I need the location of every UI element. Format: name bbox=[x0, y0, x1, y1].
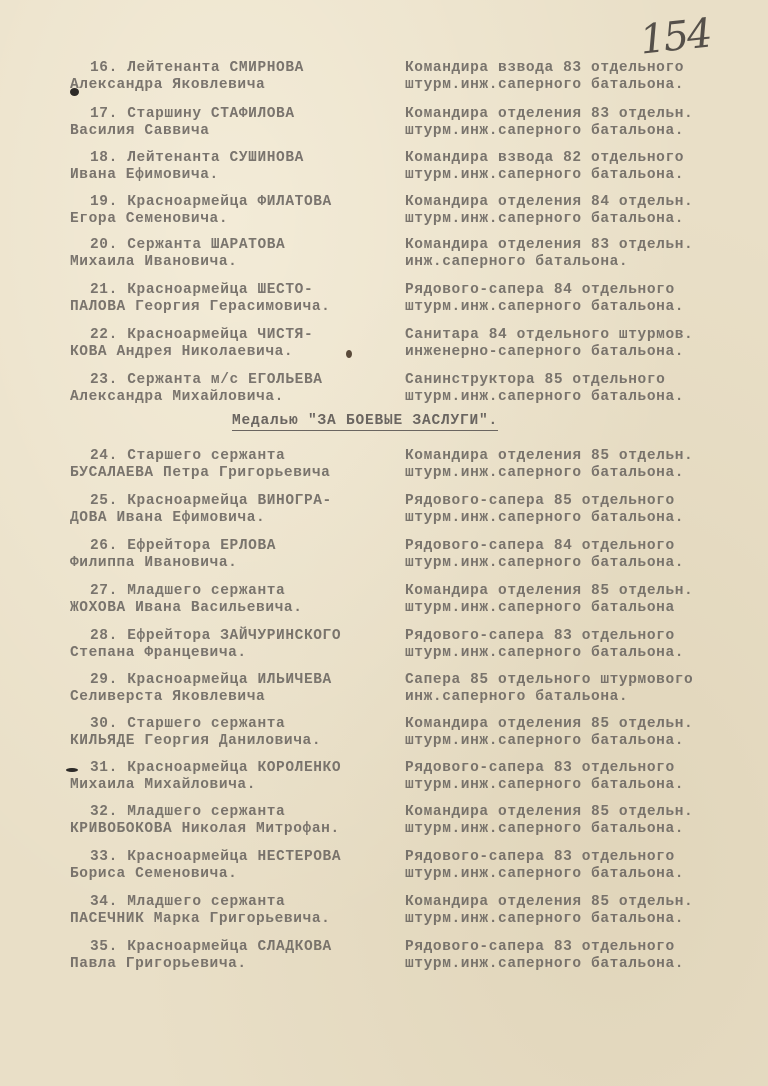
recipient-name: 24. Старшего сержанта БУСАЛАЕВА Петра Гр… bbox=[70, 448, 400, 482]
entry-number: 17. bbox=[90, 106, 118, 122]
entry-number: 28. bbox=[90, 628, 118, 644]
recipient-name: 23. Сержанта м/с ЕГОЛЬЕВА Александра Мих… bbox=[70, 372, 400, 406]
recipient-name: 28. Ефрейтора ЗАЙЧУРИНСКОГО Степана Фран… bbox=[70, 628, 400, 662]
entry-number: 21. bbox=[90, 282, 118, 298]
recipient-name: 21. Красноармейца ШЕСТО- ПАЛОВА Георгия … bbox=[70, 282, 400, 316]
recipient-unit: Командира отделения 85 отдельн. штурм.ин… bbox=[405, 448, 745, 482]
recipient-name: 29. Красноармейца ИЛЬИЧЕВА Селиверста Як… bbox=[70, 672, 400, 706]
award-entry: 34. Младшего сержанта ПАСЕЧНИК Марка Гри… bbox=[0, 894, 768, 934]
recipient-name: 16. Лейтенанта СМИРНОВА Александра Яковл… bbox=[70, 60, 400, 94]
recipient-unit: Рядового-сапера 84 отдельного штурм.инж.… bbox=[405, 538, 745, 572]
entry-number: 16. bbox=[90, 60, 118, 76]
entry-number: 35. bbox=[90, 939, 118, 955]
award-entry: 17. Старшину СТАФИЛОВА Василия Саввича К… bbox=[0, 106, 768, 146]
recipient-unit: Командира отделения 83 отдельн. инж.сапе… bbox=[405, 237, 745, 271]
award-entry: 32. Младшего сержанта КРИВОБОКОВА Никола… bbox=[0, 804, 768, 844]
entry-number: 23. bbox=[90, 372, 118, 388]
recipient-unit: Рядового-сапера 83 отдельного штурм.инж.… bbox=[405, 849, 745, 883]
recipient-name: 32. Младшего сержанта КРИВОБОКОВА Никола… bbox=[70, 804, 400, 838]
entry-number: 19. bbox=[90, 194, 118, 210]
recipient-name: 27. Младшего сержанта ЖОХОВА Ивана Васил… bbox=[70, 583, 400, 617]
recipient-unit: Рядового-сапера 85 отдельного штурм.инж.… bbox=[405, 493, 745, 527]
award-entry: 35. Красноармейца СЛАДКОВА Павла Григорь… bbox=[0, 939, 768, 979]
recipient-unit: Командира взвода 83 отдельного штурм.инж… bbox=[405, 60, 745, 94]
recipient-unit: Командира отделения 85 отдельн. штурм.ин… bbox=[405, 716, 745, 750]
recipient-unit: Командира взвода 82 отдельного штурм.инж… bbox=[405, 150, 745, 184]
recipient-unit: Рядового-сапера 83 отдельного штурм.инж.… bbox=[405, 628, 745, 662]
entry-number: 31. bbox=[90, 760, 118, 776]
award-entry: 25. Красноармейца ВИНОГРА- ДОВА Ивана Еф… bbox=[0, 493, 768, 533]
award-entry: 19. Красноармейца ФИЛАТОВА Егора Семенов… bbox=[0, 194, 768, 234]
recipient-name: 33. Красноармейца НЕСТЕРОВА Бориса Семен… bbox=[70, 849, 400, 883]
entry-number: 29. bbox=[90, 672, 118, 688]
award-entry: 31. Красноармейца КОРОЛЕНКО Михаила Миха… bbox=[0, 760, 768, 800]
entry-number: 24. bbox=[90, 448, 118, 464]
recipient-name: 17. Старшину СТАФИЛОВА Василия Саввича bbox=[70, 106, 400, 140]
entry-number: 30. bbox=[90, 716, 118, 732]
award-entry: 21. Красноармейца ШЕСТО- ПАЛОВА Георгия … bbox=[0, 282, 768, 322]
recipient-name: 26. Ефрейтора ЕРЛОВА Филиппа Ивановича. bbox=[70, 538, 400, 572]
award-entry: 29. Красноармейца ИЛЬИЧЕВА Селиверста Як… bbox=[0, 672, 768, 712]
entry-number: 22. bbox=[90, 327, 118, 343]
entry-number: 27. bbox=[90, 583, 118, 599]
recipient-name: 34. Младшего сержанта ПАСЕЧНИК Марка Гри… bbox=[70, 894, 400, 928]
entry-number: 20. bbox=[90, 237, 118, 253]
recipient-unit: Рядового-сапера 83 отдельного штурм.инж.… bbox=[405, 939, 745, 973]
award-entry: 24. Старшего сержанта БУСАЛАЕВА Петра Гр… bbox=[0, 448, 768, 488]
award-entry: 33. Красноармейца НЕСТЕРОВА Бориса Семен… bbox=[0, 849, 768, 889]
recipient-name: 22. Красноармейца ЧИСТЯ- КОВА Андрея Ник… bbox=[70, 327, 400, 361]
recipient-name: 35. Красноармейца СЛАДКОВА Павла Григорь… bbox=[70, 939, 400, 973]
recipient-unit: Рядового-сапера 84 отдельного штурм.инж.… bbox=[405, 282, 745, 316]
award-entry: 23. Сержанта м/с ЕГОЛЬЕВА Александра Мих… bbox=[0, 372, 768, 412]
document-page: 154 16. Лейтенанта СМИРНОВА Александра Я… bbox=[0, 0, 768, 1086]
recipient-unit: Сапера 85 отдельного штурмового инж.сапе… bbox=[405, 672, 745, 706]
award-entry: 16. Лейтенанта СМИРНОВА Александра Яковл… bbox=[0, 60, 768, 100]
recipient-unit: Рядового-сапера 83 отдельного штурм.инж.… bbox=[405, 760, 745, 794]
award-entry: 20. Сержанта ШАРАТОВА Михаила Ивановича.… bbox=[0, 237, 768, 277]
recipient-name: 20. Сержанта ШАРАТОВА Михаила Ивановича. bbox=[70, 237, 400, 271]
recipient-unit: Командира отделения 85 отдельн. штурм.ин… bbox=[405, 894, 745, 928]
entry-number: 32. bbox=[90, 804, 118, 820]
recipient-name: 25. Красноармейца ВИНОГРА- ДОВА Ивана Еф… bbox=[70, 493, 400, 527]
award-entry: 26. Ефрейтора ЕРЛОВА Филиппа Ивановича. … bbox=[0, 538, 768, 578]
recipient-unit: Командира отделения 85 отдельн. штурм.ин… bbox=[405, 583, 745, 617]
recipient-unit: Командира отделения 85 отдельн. штурм.ин… bbox=[405, 804, 745, 838]
award-entry: 28. Ефрейтора ЗАЙЧУРИНСКОГО Степана Фран… bbox=[0, 628, 768, 668]
recipient-name: 30. Старшего сержанта КИЛЬЯДЕ Георгия Да… bbox=[70, 716, 400, 750]
entry-number: 25. bbox=[90, 493, 118, 509]
recipient-unit: Санитара 84 отдельного штурмов. инженерн… bbox=[405, 327, 745, 361]
recipient-name: 31. Красноармейца КОРОЛЕНКО Михаила Миха… bbox=[70, 760, 400, 794]
recipient-name: 18. Лейтенанта СУШИНОВА Ивана Ефимовича. bbox=[70, 150, 400, 184]
entry-number: 34. bbox=[90, 894, 118, 910]
entry-number: 26. bbox=[90, 538, 118, 554]
recipient-unit: Санинструктора 85 отдельного штурм.инж.с… bbox=[405, 372, 745, 406]
recipient-unit: Командира отделения 83 отдельн. штурм.ин… bbox=[405, 106, 745, 140]
recipient-name: 19. Красноармейца ФИЛАТОВА Егора Семенов… bbox=[70, 194, 400, 228]
section-heading: Медалью "ЗА БОЕВЫЕ ЗАСЛУГИ". bbox=[232, 413, 542, 429]
handwritten-page-number: 154 bbox=[638, 10, 713, 63]
recipient-unit: Командира отделения 84 отдельн. штурм.ин… bbox=[405, 194, 745, 228]
entry-number: 33. bbox=[90, 849, 118, 865]
award-entry: 30. Старшего сержанта КИЛЬЯДЕ Георгия Да… bbox=[0, 716, 768, 756]
entry-number: 18. bbox=[90, 150, 118, 166]
award-entry: 27. Младшего сержанта ЖОХОВА Ивана Васил… bbox=[0, 583, 768, 623]
award-entry: 18. Лейтенанта СУШИНОВА Ивана Ефимовича.… bbox=[0, 150, 768, 190]
award-entry: 22. Красноармейца ЧИСТЯ- КОВА Андрея Ник… bbox=[0, 327, 768, 367]
